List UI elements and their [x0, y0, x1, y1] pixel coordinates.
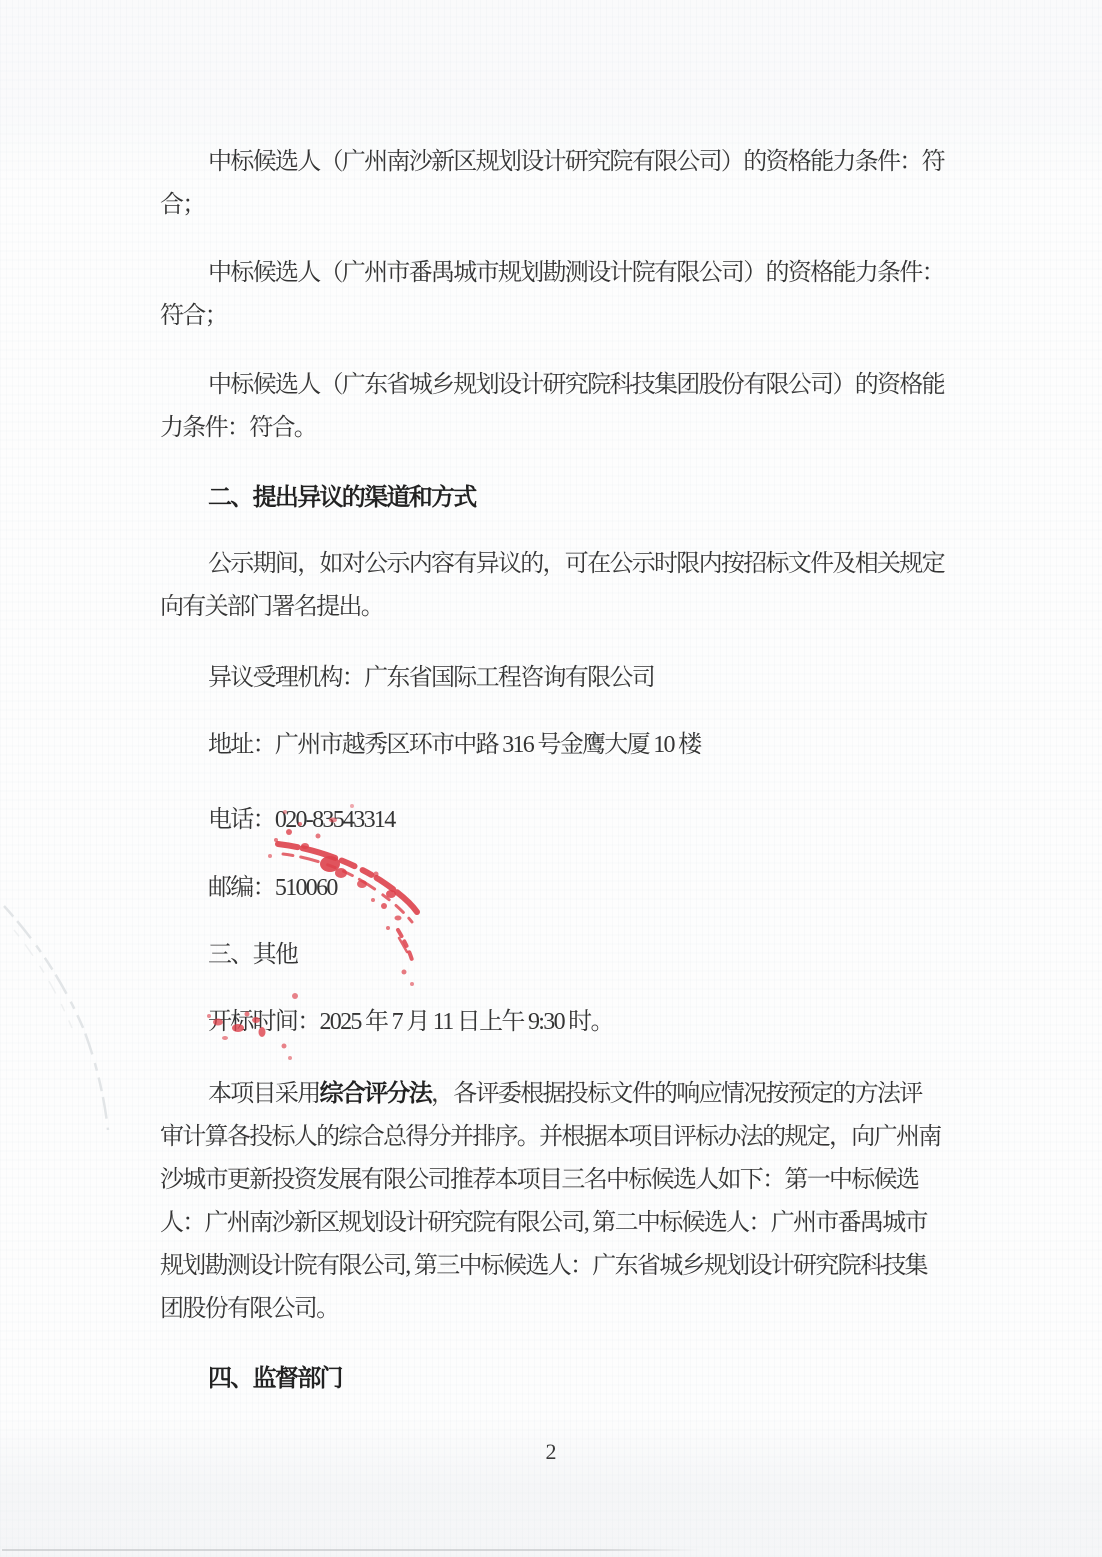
- paragraph-postcode: 邮编：510060: [160, 867, 952, 910]
- paragraph-address: 地址：广州市越秀区环市中路 316 号金鹰大厦 10 楼: [160, 724, 952, 767]
- paragraph-bid-opening-time: 开标时间：2025 年 7 月 11 日上午 9:30 时。: [160, 1001, 952, 1044]
- paragraph-line: 本项目采用综合评分法，各评委根据投标文件的响应情况按预定的方法评: [160, 1073, 952, 1116]
- paragraph-line: 中标候选人（广州南沙新区规划设计研究院有限公司）的资格能力条件：符: [160, 141, 952, 184]
- paragraph-line: 人：广州南沙新区规划设计研究院有限公司, 第二中标候选人：广州市番禺城市: [160, 1202, 952, 1245]
- paragraph-phone: 电话：020-83543314: [160, 799, 952, 842]
- text-segment-bold: 综合评分法: [320, 1081, 432, 1107]
- paragraph-line: 符合；: [160, 295, 952, 338]
- section-heading-2: 二、提出异议的渠道和方式: [160, 477, 952, 520]
- paragraph-line: 向有关部门署名提出。: [160, 586, 952, 629]
- paragraph-line: 合；: [160, 184, 952, 227]
- paragraph-line: 开标时间：2025 年 7 月 11 日上午 9:30 时。: [160, 1001, 952, 1044]
- paragraph-line: 中标候选人（广州市番禺城市规划勘测设计院有限公司）的资格能力条件：: [160, 252, 952, 295]
- paragraph-line: 邮编：510060: [160, 867, 952, 910]
- paragraph-line: 中标候选人（广东省城乡规划设计研究院科技集团股份有限公司）的资格能: [160, 364, 952, 407]
- section-heading-3: 三、其他: [160, 934, 952, 977]
- document-page: 中标候选人（广州南沙新区规划设计研究院有限公司）的资格能力条件：符 合； 中标候…: [0, 141, 1102, 1401]
- text-segment: 本项目采用: [208, 1081, 320, 1107]
- paragraph-objection-channel: 公示期间，如对公示内容有异议的，可在公示时限内按招标文件及相关规定 向有关部门署…: [160, 543, 952, 629]
- paragraph-line: 审计算各投标人的综合总得分并排序。并根据本项目评标办法的规定，向广州南: [160, 1116, 952, 1159]
- scan-edge-line: [2, 1549, 702, 1551]
- paragraph-evaluation-method: 本项目采用综合评分法，各评委根据投标文件的响应情况按预定的方法评 审计算各投标人…: [160, 1073, 952, 1331]
- paragraph-line: 团股份有限公司。: [160, 1288, 952, 1331]
- heading-text: 四、监督部门: [160, 1358, 952, 1401]
- paragraph-line: 规划勘测设计院有限公司, 第三中标候选人：广东省城乡规划设计研究院科技集: [160, 1245, 952, 1288]
- paragraph-candidate-2: 中标候选人（广州市番禺城市规划勘测设计院有限公司）的资格能力条件： 符合；: [160, 252, 952, 338]
- paragraph-candidate-1: 中标候选人（广州南沙新区规划设计研究院有限公司）的资格能力条件：符 合；: [160, 141, 952, 227]
- paragraph-line: 沙城市更新投资发展有限公司推荐本项目三名中标候选人如下：第一中标候选: [160, 1159, 952, 1202]
- section-heading-4: 四、监督部门: [160, 1358, 952, 1401]
- page-number: 2: [0, 1439, 1102, 1465]
- paragraph-candidate-3: 中标候选人（广东省城乡规划设计研究院科技集团股份有限公司）的资格能 力条件：符合…: [160, 364, 952, 450]
- heading-text: 三、其他: [160, 934, 952, 977]
- paragraph-line: 异议受理机构：广东省国际工程咨询有限公司: [160, 657, 952, 700]
- paragraph-line: 力条件：符合。: [160, 407, 952, 450]
- paragraph-line: 公示期间，如对公示内容有异议的，可在公示时限内按招标文件及相关规定: [160, 543, 952, 586]
- paragraph-line: 地址：广州市越秀区环市中路 316 号金鹰大厦 10 楼: [160, 724, 952, 767]
- heading-text: 二、提出异议的渠道和方式: [160, 477, 952, 520]
- paragraph-objection-agency: 异议受理机构：广东省国际工程咨询有限公司: [160, 657, 952, 700]
- text-segment: ，各评委根据投标文件的响应情况按预定的方法评: [431, 1081, 922, 1107]
- paragraph-line: 电话：020-83543314: [160, 799, 952, 842]
